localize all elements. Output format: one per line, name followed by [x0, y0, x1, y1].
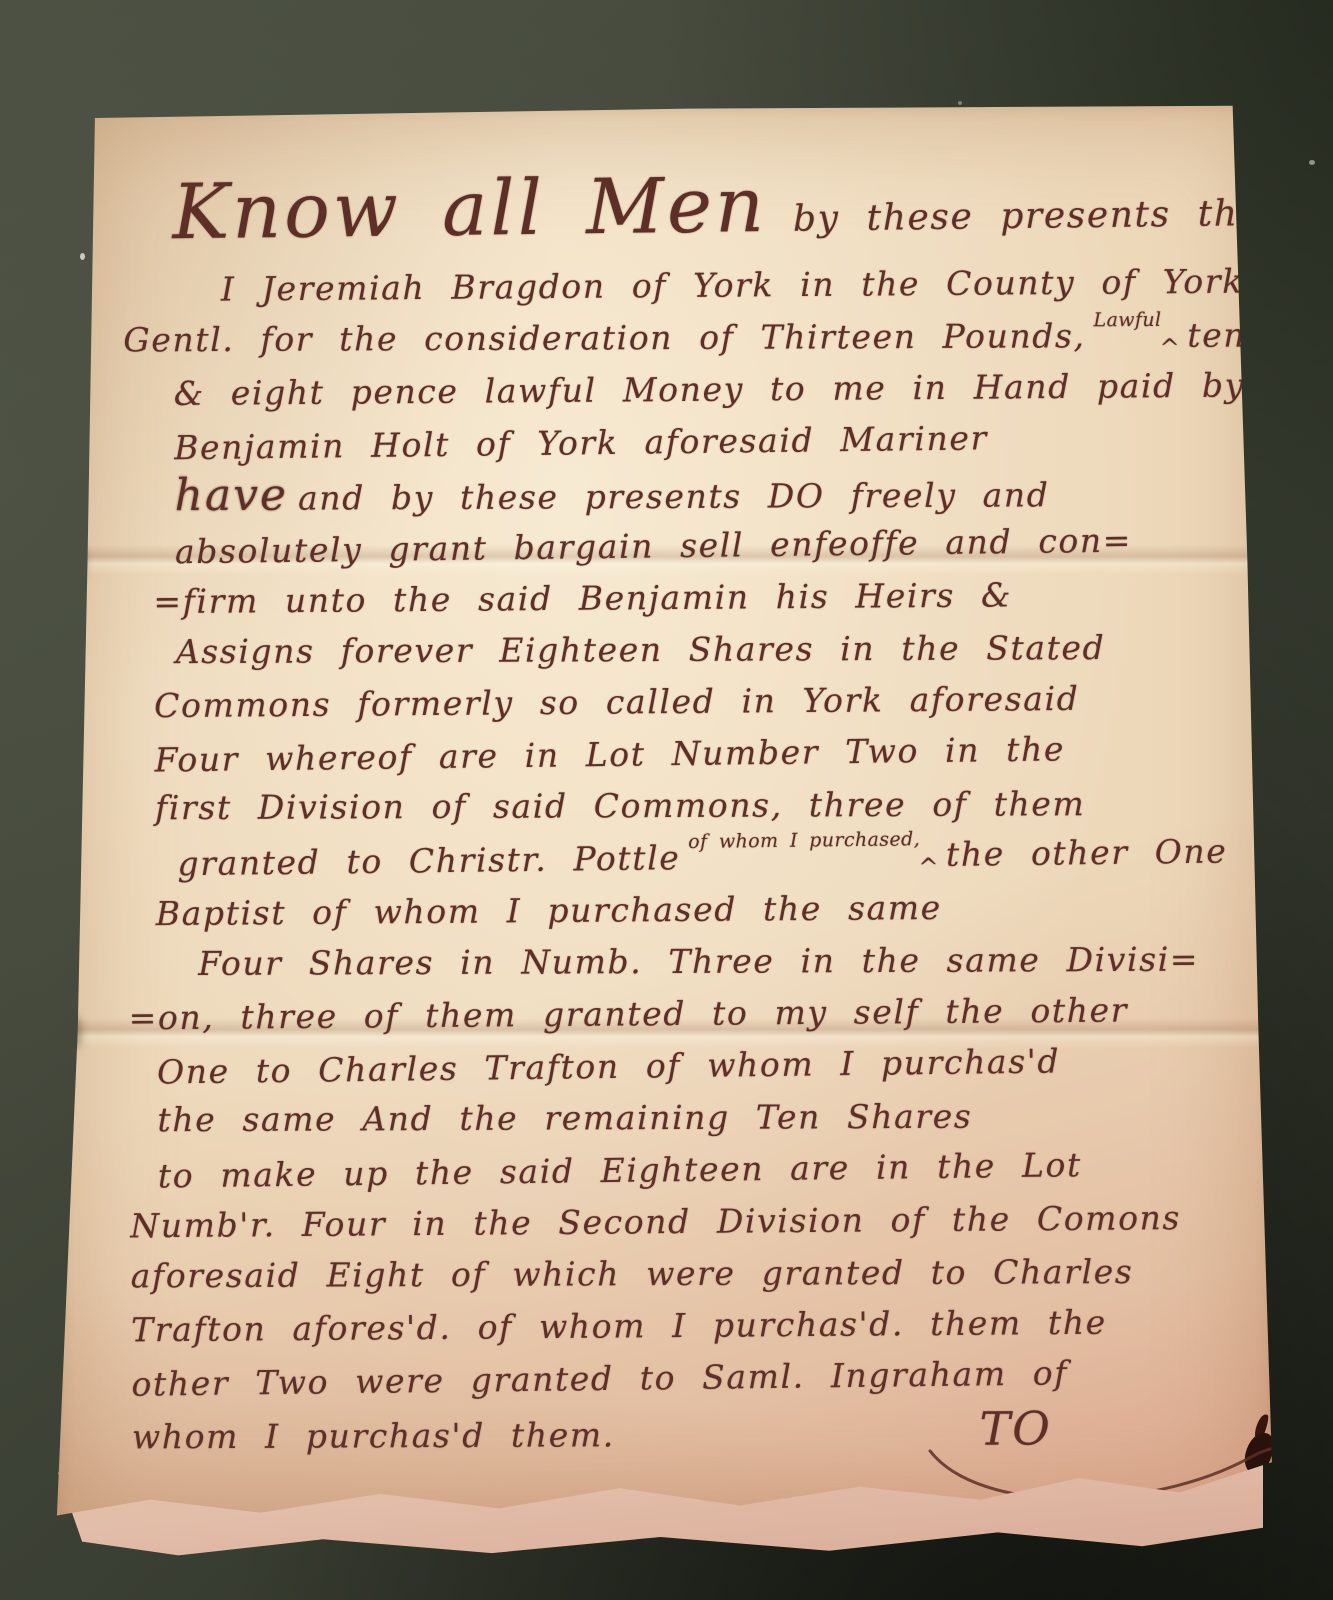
line-text: aforesaid Eight of which were granted to… [131, 1252, 1134, 1295]
dust-speck [80, 253, 85, 260]
dust-speck [958, 101, 962, 105]
caret-mark: ^ [1160, 334, 1182, 362]
line-text: granted to Christr. Pottle [177, 838, 680, 883]
line-text: I Jeremiah Bragdon of York in the County… [221, 261, 1256, 308]
opening-words: Know all Men [172, 160, 768, 256]
line-text: Benjamin Holt of York aforesaid Mariner [174, 418, 988, 467]
line-text: =firm unto the said Benjamin his Heirs & [153, 575, 1012, 621]
line-text: Gentl. for the consideration of Thirteen… [123, 316, 1085, 359]
caret-mark: ^ [918, 853, 940, 881]
manuscript-line: Baptist of whom I purchased the same [156, 880, 1238, 940]
manuscript-line: Know all Menby these presents that [172, 145, 1233, 266]
line-text: and by these presents DO freely and [298, 475, 1050, 517]
manuscript-line: first Division of said Commons, three of… [155, 778, 1237, 835]
manuscript-line: aforesaid Eight of which were granted to… [131, 1246, 1241, 1303]
catchword: TO [979, 1402, 1052, 1459]
line-text: Assigns forever Eighteen Shares in the S… [176, 628, 1106, 671]
line-text: other Two were granted to Saml. Ingraham… [131, 1353, 1068, 1403]
line-text: & eight pence lawful Money to me in Hand… [174, 366, 1245, 413]
line-text: to make up the said Eighteen are in the … [158, 1145, 1082, 1195]
catchword-text: TO [979, 1401, 1052, 1455]
manuscript-page: Know all Menby these presents that I Jer… [52, 100, 1278, 1540]
line-text: the same And the remaining Ten Shares [157, 1097, 972, 1140]
interlined-text: of whom I purchased, [688, 828, 920, 853]
manuscript-line: I Jeremiah Bragdon of York in the County… [221, 256, 1233, 316]
line-text: Numb'r. Four in the Second Division of t… [130, 1198, 1181, 1245]
manuscript-line: Four Shares in Numb. Three in the same D… [198, 933, 1238, 990]
interlined-text: Lawful [1093, 309, 1161, 331]
manuscript-text: Know all Menby these presents that I Jer… [122, 148, 1242, 1461]
line-text: One to Charles Trafton of whom I purchas… [157, 1041, 1061, 1091]
fold-edge-notch [70, 543, 86, 577]
line-text: first Division of said Commons, three of… [155, 784, 1086, 827]
line-text: =on, three of them granted to my self th… [129, 991, 1129, 1038]
manuscript-line: haveand by these presents DO freely and [174, 466, 1234, 523]
line-text: ten Shill [1187, 315, 1333, 355]
manuscript-line: Assigns forever Eighteen Shares in the S… [176, 621, 1236, 678]
line-text: whom I purchas'd them. [132, 1409, 615, 1463]
manuscript-line: Four whereof are in Lot Number Two in th… [154, 721, 1237, 786]
fold-edge-notch [66, 1015, 82, 1049]
manuscript-line: =firm unto the said Benjamin his Heirs & [153, 568, 1235, 628]
emphasized-word: have [174, 470, 288, 521]
manuscript-line: One to Charles Trafton of whom I purchas… [157, 1033, 1240, 1098]
line-text: Commons formerly so called in York afore… [154, 679, 1079, 725]
photo-scene: Know all Menby these presents that I Jer… [0, 0, 1333, 1600]
manuscript-line: whom I purchas'd them. TO [132, 1402, 1242, 1459]
manuscript-line: Gentl. for the consideration of Thirteen… [123, 310, 1233, 367]
manuscript-line: Benjamin Holt of York aforesaid Mariner [174, 409, 1235, 474]
line-text: Trafton afores'd. of whom I purchas'd. t… [131, 1303, 1107, 1350]
line-text: absolutely grant bargain sell enfeoffe a… [175, 521, 1132, 572]
manuscript-line: the same And the remaining Ten Shares [157, 1090, 1239, 1147]
line-text: Four whereof are in Lot Number Two in th… [154, 729, 1065, 779]
line-text: by these presents that [793, 193, 1278, 240]
line-text: the other One to John [946, 829, 1333, 874]
line-text: Baptist of whom I purchased the same [156, 888, 942, 933]
line-text: Four Shares in Numb. Three in the same D… [198, 940, 1199, 983]
dust-speck [1309, 160, 1315, 165]
